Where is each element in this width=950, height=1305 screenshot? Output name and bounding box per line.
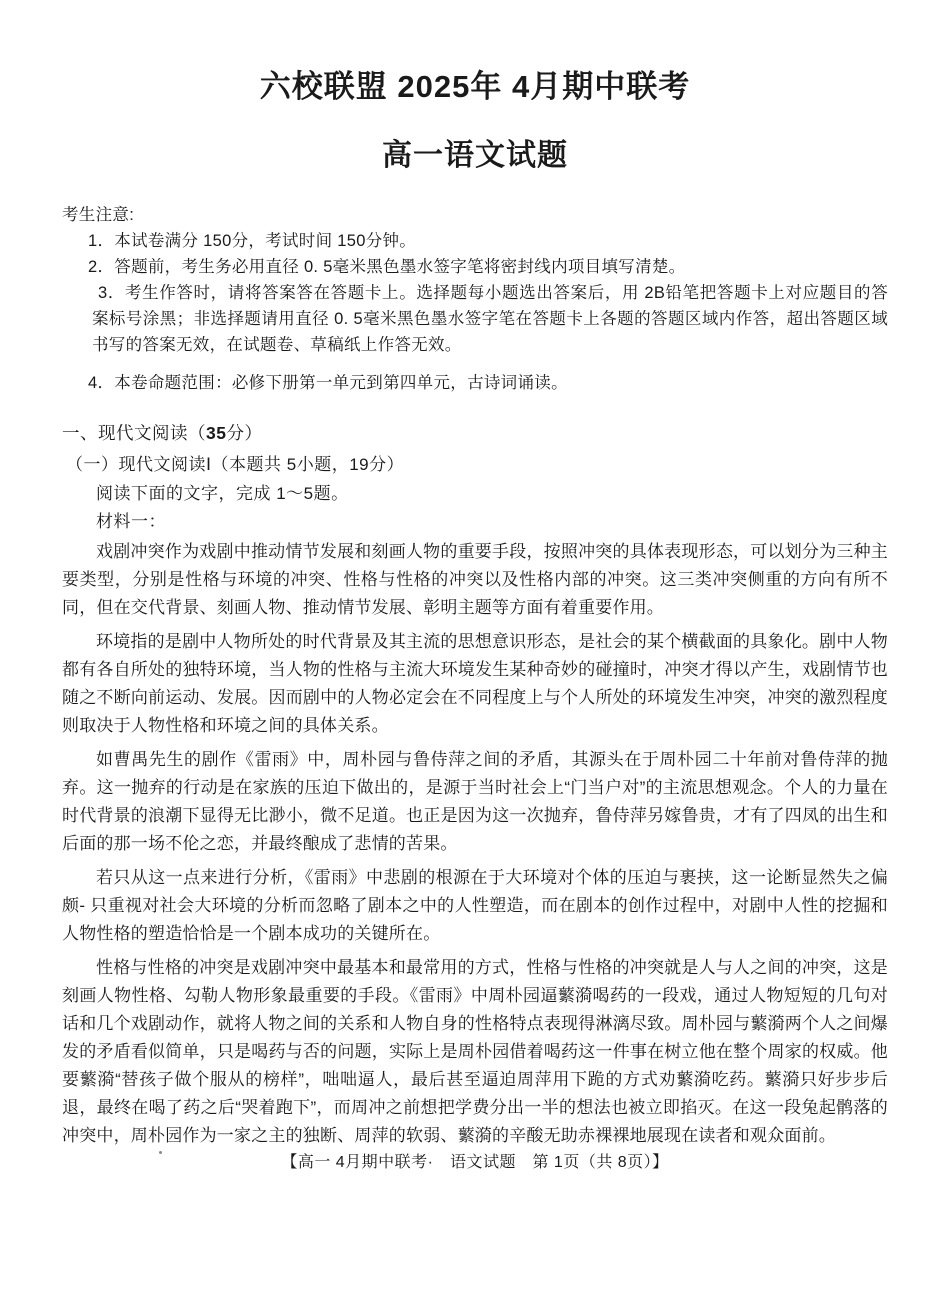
material-paragraph-3: 如曹禺先生的剧作《雷雨》中，周朴园与鲁侍萍之间的矛盾，其源头在于周朴园二十年前对… (62, 746, 888, 858)
material-paragraph-5: 性格与性格的冲突是戏剧冲突中最基本和最常用的方式，性格与性格的冲突就是人与人之间… (62, 954, 888, 1150)
notice-item-2: 2．答题前，考生务必用直径 0. 5毫米黑色墨水签字笔将密封线内项目填写清楚。 (88, 254, 888, 280)
material-paragraph-4: 若只从这一点来进行分析，《雷雨》中悲剧的根源在于大环境对个体的压迫与裹挟，这一论… (62, 864, 888, 948)
page-content: 六校联盟 2025年 4月期中联考 高一语文试题 考生注意: 1．本试卷满分 1… (0, 0, 950, 1150)
notice-item-4: 4．本卷命题范围：必修下册第一单元到第四单元，古诗词诵读。 (88, 370, 888, 396)
section-score: 35 (206, 423, 226, 443)
reading-instruction: 阅读下面的文字，完成 1～5题。 (62, 480, 888, 507)
material-paragraph-2: 环境指的是剧中人物所处的时代背景及其主流的思想意识形态，是社会的某个横截面的具象… (62, 628, 888, 740)
section-heading: 一、现代文阅读（35分） (62, 420, 888, 447)
candidate-notice: 考生注意: 1．本试卷满分 150分，考试时间 150分钟。 2．答题前，考生务… (62, 202, 888, 396)
page-subtitle: 高一语文试题 (62, 136, 888, 176)
notice-heading: 考生注意: (62, 202, 888, 228)
section-heading-suffix: 分） (226, 423, 262, 443)
section-heading-prefix: 一、现代文阅读（ (62, 423, 206, 443)
exam-paper-page: 六校联盟 2025年 4月期中联考 高一语文试题 考生注意: 1．本试卷满分 1… (0, 0, 950, 1305)
subsection-heading: （一）现代文阅读Ⅰ（本题共 5小题，19分） (62, 451, 888, 478)
page-footer: 【高一 4月期中联考· 语文试题 第 1页（共 8页）】 (0, 1151, 950, 1175)
material-label: 材料一： (62, 508, 888, 535)
material-paragraph-1: 戏剧冲突作为戏剧中推动情节发展和刻画人物的重要手段，按照冲突的具体表现形态，可以… (62, 538, 888, 622)
notice-item-1: 1．本试卷满分 150分，考试时间 150分钟。 (88, 228, 888, 254)
page-title: 六校联盟 2025年 4月期中联考 (62, 66, 888, 108)
notice-item-3: 3．考生作答时，请将答案答在答题卡上。选择题每小题选出答案后，用 2B铅笔把答题… (92, 280, 888, 358)
